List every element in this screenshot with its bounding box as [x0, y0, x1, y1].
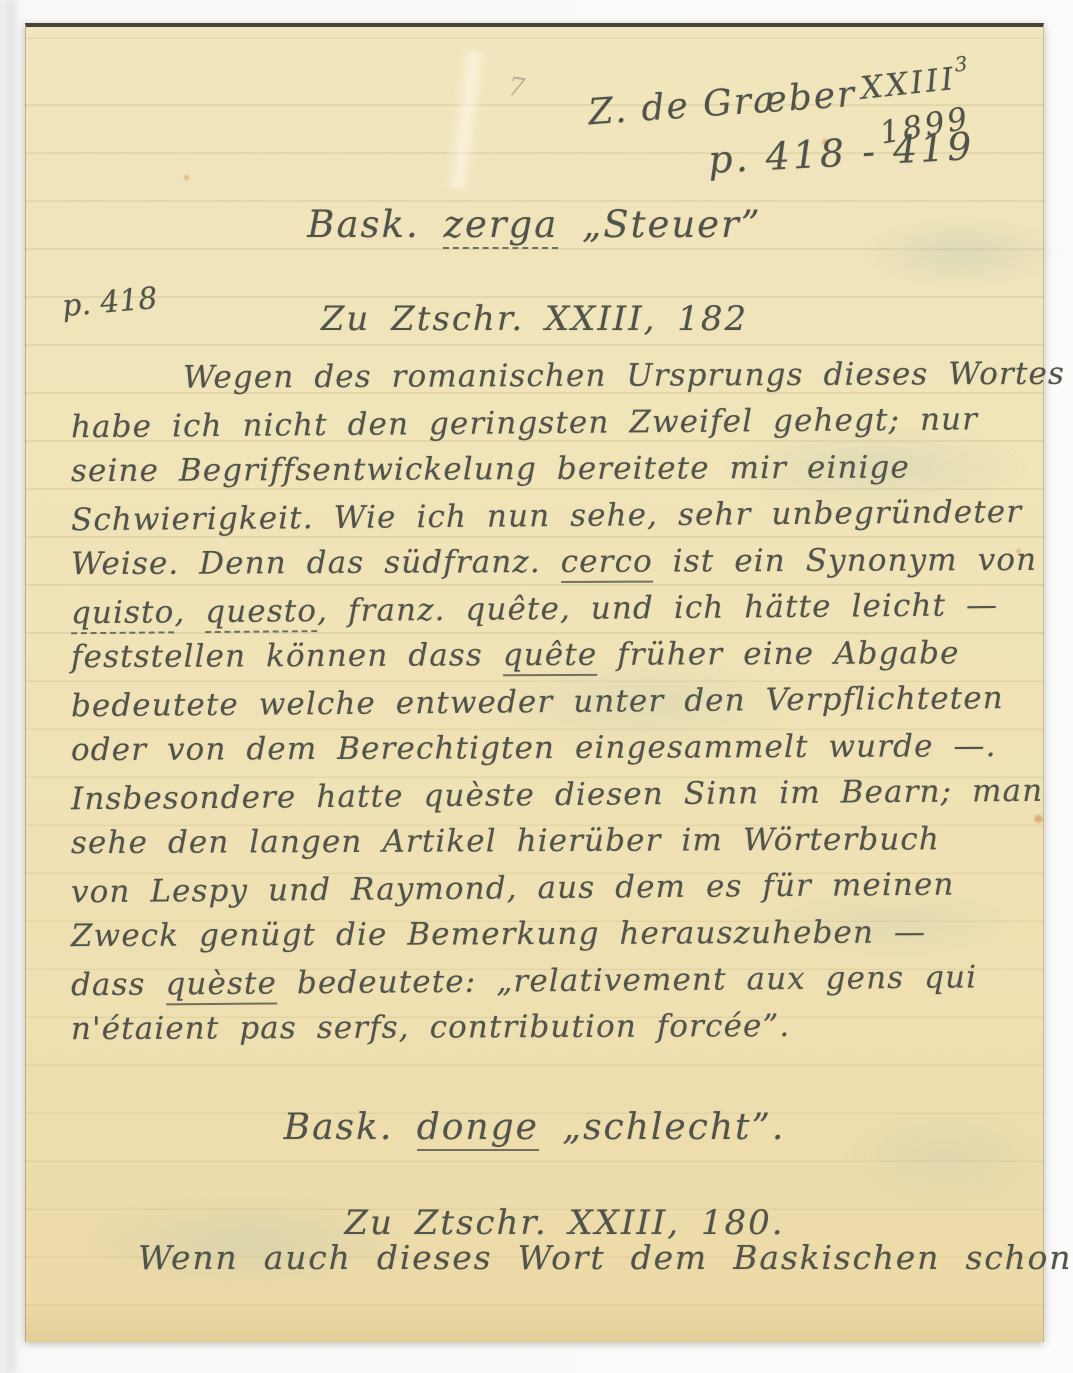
- text-segment: „schlecht”.: [539, 1107, 785, 1148]
- text-segment: sehe den langen Artikel hierüber im Wört…: [71, 821, 940, 861]
- pencil-mark: 7: [506, 72, 527, 104]
- text-segment: Wenn auch dieses Wort dem Baskischen sch…: [138, 1238, 1072, 1277]
- manuscript-line: Schwierigkeit. Wie ich nun sehe, sehr un…: [71, 488, 1046, 543]
- underlined-word: quèste: [165, 965, 277, 1005]
- manuscript-line: bedeutete welche entweder unter den Verp…: [71, 674, 1046, 729]
- text-segment: früher eine Abgabe: [597, 635, 959, 673]
- text-segment: , franz. quête, und ich hätte leicht —: [317, 587, 998, 629]
- manuscript-line: dass quèste bedeutete: „relativement aux…: [71, 953, 1046, 1008]
- volume-number: XXIII: [859, 61, 958, 107]
- underlined-word: donge: [417, 1107, 539, 1151]
- body-text-donge: Wenn auch dieses Wort dem Baskischen sch…: [138, 1235, 1068, 1281]
- manuscript-line: Wegen des romanischen Ursprungs dieses W…: [71, 351, 1046, 402]
- manuscript-line: quisto, questo, franz. quête, und ich hä…: [71, 581, 1046, 636]
- text-segment: Bask.: [307, 203, 443, 246]
- manuscript-line: Zweck genügt die Bemerkung herauszuheben…: [71, 909, 1046, 960]
- underlined-word: zerga: [443, 203, 558, 249]
- body-text-zerga: Wegen des romanischen Ursprungs dieses W…: [71, 353, 1046, 1051]
- scanner-edge-shadow: [6, 0, 16, 1373]
- text-segment: habe ich nicht den geringsten Zweifel ge…: [71, 401, 978, 445]
- text-segment: Zweck genügt die Bemerkung herauszuheben…: [71, 914, 926, 954]
- text-segment: Bask.: [284, 1107, 417, 1148]
- text-segment: Insbesondere hatte quèste diesen Sinn im…: [71, 772, 1044, 816]
- text-segment: von Lespy und Raymond, aus dem es für me…: [71, 866, 955, 910]
- manuscript-line: sehe den langen Artikel hierüber im Wört…: [71, 816, 1046, 867]
- underlined-word: quisto: [71, 594, 175, 634]
- section-heading-donge: Bask. donge „schlecht”.: [26, 1107, 1043, 1148]
- text-segment: oder von dem Berechtigten eingesammelt w…: [71, 728, 997, 768]
- manuscript-line: n'étaient pas serfs, contribution forcée…: [71, 1002, 1046, 1053]
- text-segment: n'étaient pas serfs, contribution forcée…: [71, 1008, 790, 1047]
- text-segment: ist ein Synonym von: [653, 542, 1037, 580]
- text-segment: ,: [174, 594, 205, 630]
- text-segment: feststellen können dass: [71, 637, 503, 675]
- text-segment: Weise. Denn das südfranz.: [71, 544, 561, 582]
- manuscript-line: Insbesondere hatte quèste diesen Sinn im…: [71, 767, 1046, 822]
- journal-annotation: Z. de Græber: [587, 74, 858, 134]
- page-range-annotation: p. 418 - 419: [707, 124, 975, 182]
- manuscript-line: habe ich nicht den geringsten Zweifel ge…: [71, 395, 1046, 450]
- text-segment: dass: [71, 966, 166, 1003]
- underlined-word: cerco: [561, 544, 653, 583]
- manuscript-line: Weise. Denn das südfranz. cerco ist ein …: [71, 537, 1046, 588]
- foxing-spot: [184, 175, 189, 180]
- manuscript-line: von Lespy und Raymond, aus dem es für me…: [71, 860, 1046, 915]
- manuscript-page: 7 Z. de Græber XXIII3 1899 p. 418 - 419 …: [25, 23, 1044, 1342]
- manuscript-line: Wenn auch dieses Wort dem Baskischen sch…: [138, 1235, 1068, 1281]
- journal-reference: Zu Ztschr. XXIII, 182: [26, 299, 1043, 339]
- text-segment: „Steuer”: [558, 203, 761, 246]
- text-segment: bedeutete welche entweder unter den Verp…: [71, 680, 1004, 724]
- manuscript-line: seine Begriffsentwickelung bereitete mir…: [71, 444, 1046, 495]
- manuscript-line: oder von dem Berechtigten eingesammelt w…: [71, 723, 1046, 774]
- volume-superscript: 3: [953, 51, 971, 77]
- underlined-word: quête: [503, 637, 598, 676]
- text-segment: bedeutete: „relativement aux gens qui: [277, 959, 977, 1001]
- text-segment: Schwierigkeit. Wie ich nun sehe, sehr un…: [71, 493, 1022, 537]
- paper-crease: [444, 49, 489, 191]
- underlined-word: questo: [205, 593, 317, 633]
- section-heading-zerga: Bask. zerga „Steuer”: [26, 203, 1043, 246]
- manuscript-line: feststellen können dass quête früher ein…: [71, 630, 1046, 681]
- text-segment: Wegen des romanischen Ursprungs dieses W…: [183, 356, 1065, 396]
- scanned-document: 7 Z. de Græber XXIII3 1899 p. 418 - 419 …: [0, 0, 1073, 1373]
- text-segment: seine Begriffsentwickelung bereitete mir…: [71, 449, 910, 489]
